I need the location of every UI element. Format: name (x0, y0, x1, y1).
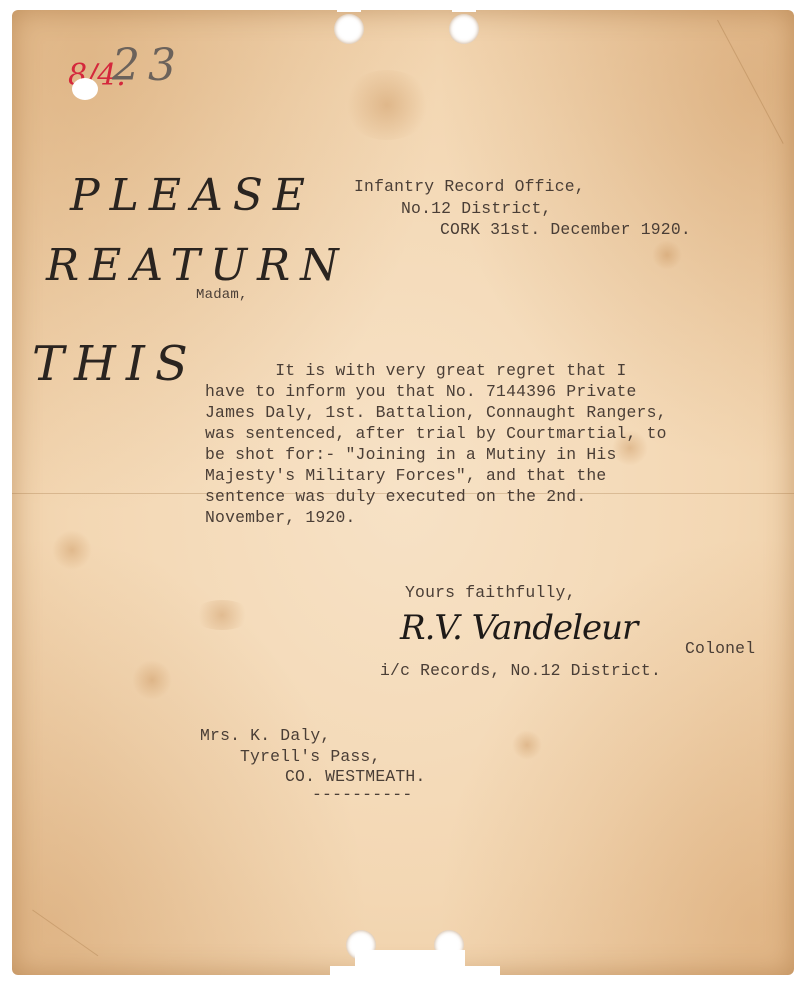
signatory-rank: Colonel (685, 638, 755, 660)
fold-line (717, 20, 784, 144)
recipient-name: Mrs. K. Daly, (200, 725, 330, 747)
body-line: November, 1920. (205, 507, 356, 529)
body-line: sentence was duly executed on the 2nd. (205, 486, 586, 508)
header-office: Infantry Record Office, (354, 176, 585, 198)
signature: R.V. Vandeleur (400, 608, 637, 648)
punch-notch (334, 14, 364, 44)
body-line: have to inform you that No. 7144396 Priv… (205, 381, 637, 403)
recipient-address1: Tyrell's Pass, (240, 746, 381, 768)
recipient-underline: ---------- (312, 784, 412, 806)
stain (192, 600, 252, 630)
handwritten-please: PLEASE (70, 170, 315, 221)
body-line: was sentenced, after trial by Courtmarti… (205, 423, 667, 445)
punch-notch (452, 0, 476, 12)
stain (132, 660, 172, 700)
handwritten-this: THIS (32, 336, 198, 392)
header-district: No.12 District, (401, 198, 552, 220)
handwritten-return: REATURN (46, 240, 349, 291)
body-line: Majesty's Military Forces", and that the (205, 465, 606, 487)
body-line: James Daly, 1st. Battalion, Connaught Ra… (205, 402, 667, 424)
punch-hole (72, 78, 98, 100)
body-line: It is with very great regret that I (205, 360, 627, 382)
punch-notch (337, 0, 361, 12)
punch-notch (355, 950, 465, 970)
body-line: be shot for:- "Joining in a Mutiny in Hi… (205, 444, 616, 466)
stain (652, 240, 682, 270)
closing: Yours faithfully, (405, 582, 576, 604)
fold-line (32, 910, 98, 957)
signatory-title: i/c Records, No.12 District. (380, 660, 661, 682)
stain (512, 730, 542, 760)
pencil-number: 23 (112, 40, 184, 91)
punch-notch (449, 14, 479, 44)
salutation: Madam, (196, 285, 248, 307)
header-place-date: CORK 31st. December 1920. (440, 219, 691, 241)
stain (52, 530, 92, 570)
stain (342, 70, 432, 140)
